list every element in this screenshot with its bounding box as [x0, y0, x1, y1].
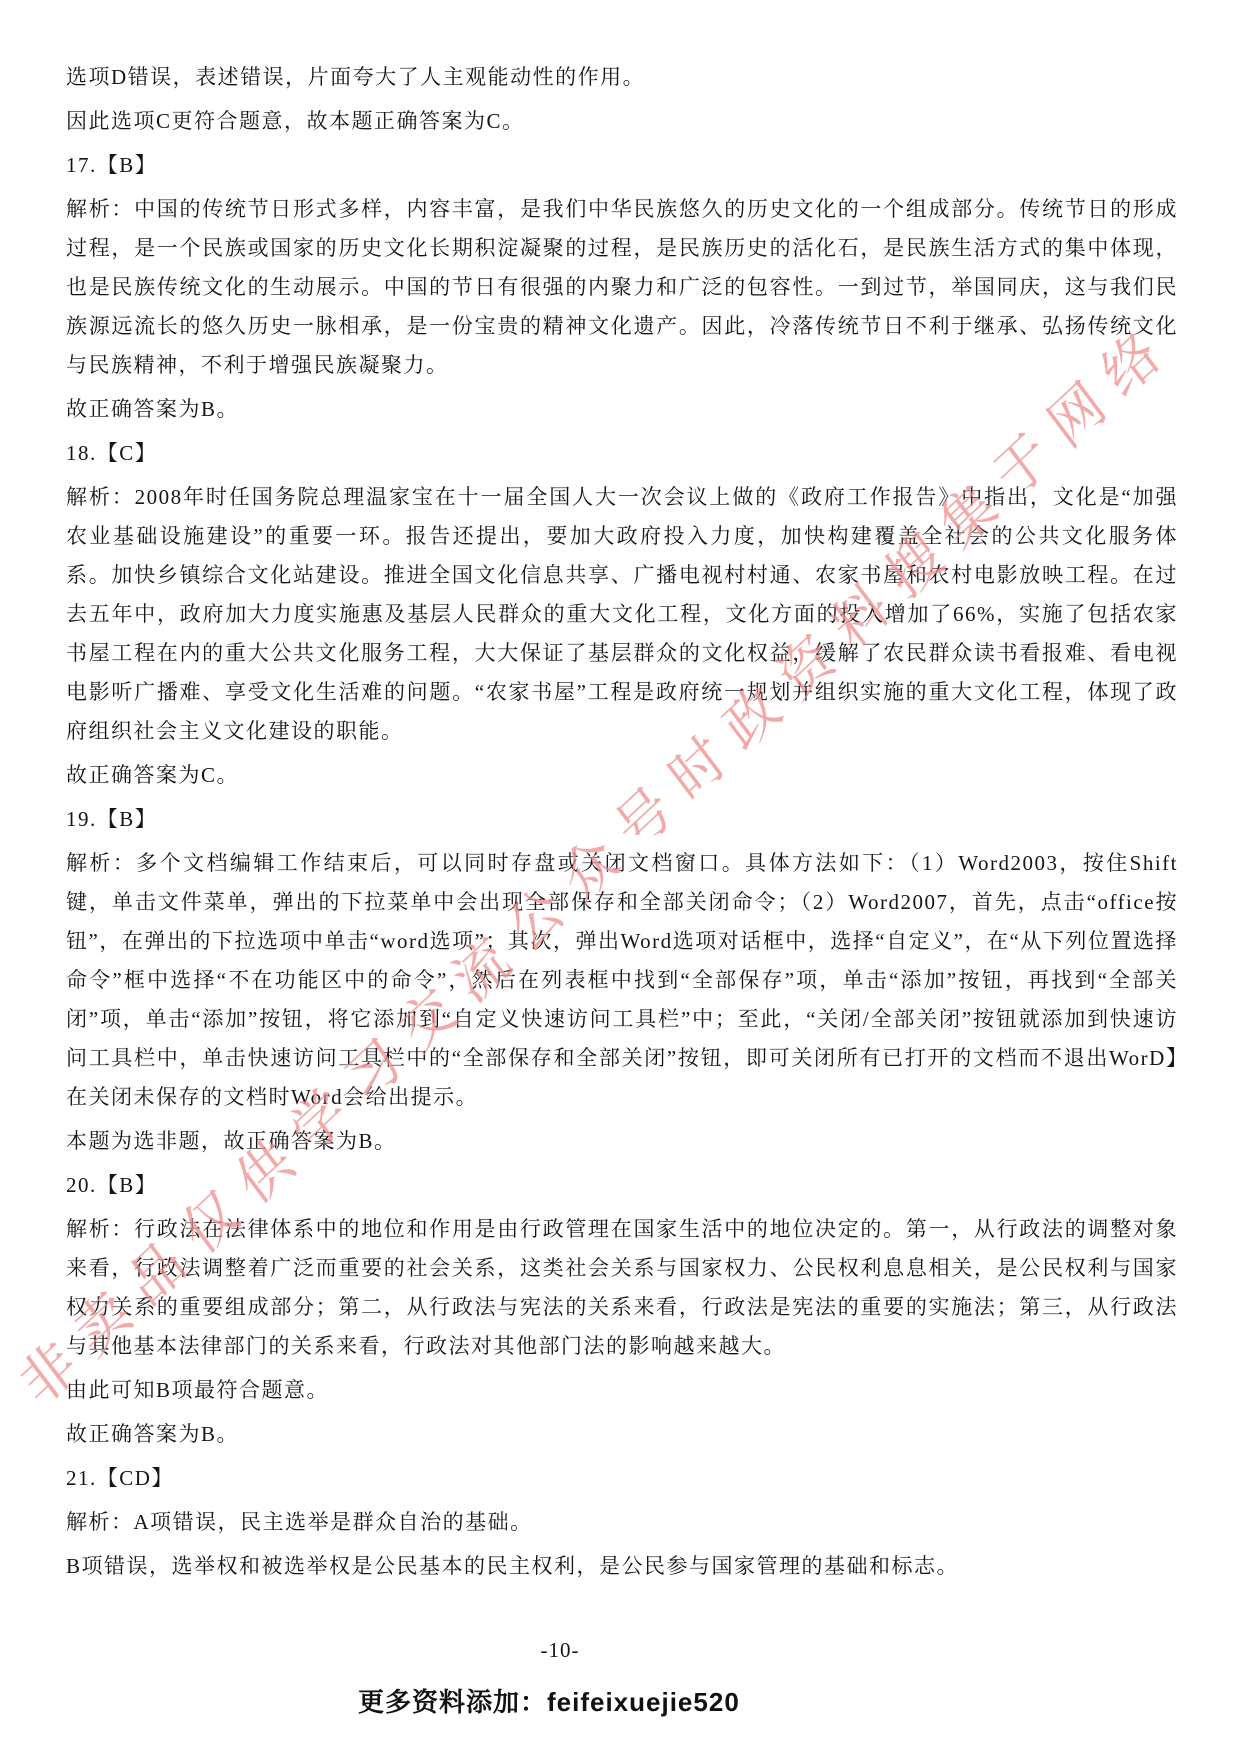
- q17-conclusion: 故正确答案为B。: [66, 390, 1178, 429]
- q21-explanation-a: 解析：A项错误，民主选举是群众自治的基础。: [66, 1503, 1178, 1542]
- q18-explanation: 解析：2008年时任国务院总理温家宝在十一届全国人大一次会议上做的《政府工作报告…: [66, 478, 1178, 751]
- document-page: 非卖品仅供学习交流公众号时政资料搜集于网络 选项D错误，表述错误，片面夸大了人主…: [0, 0, 1240, 1754]
- q20-conclusion: 故正确答案为B。: [66, 1415, 1178, 1454]
- q20-note: 由此可知B项最符合题意。: [66, 1371, 1178, 1410]
- q18-conclusion: 故正确答案为C。: [66, 756, 1178, 795]
- answer-explanations-body: 选项D错误，表述错误，片面夸大了人主观能动性的作用。 因此选项C更符合题意，故本…: [66, 58, 1178, 1591]
- q16-option-d-comment: 选项D错误，表述错误，片面夸大了人主观能动性的作用。: [66, 58, 1178, 97]
- q19-explanation: 解析：多个文档编辑工作结束后，可以同时存盘或关闭文档窗口。具体方法如下：（1）W…: [66, 844, 1178, 1117]
- q21-answer-heading: 21.【CD】: [66, 1459, 1178, 1498]
- q17-explanation: 解析：中国的传统节日形式多样，内容丰富，是我们中华民族悠久的历史文化的一个组成部…: [66, 190, 1178, 385]
- q19-conclusion: 本题为选非题，故正确答案为B。: [66, 1122, 1178, 1161]
- q19-answer-heading: 19.【B】: [66, 800, 1178, 839]
- q21-explanation-b: B项错误，选举权和被选举权是公民基本的民主权利，是公民参与国家管理的基础和标志。: [66, 1547, 1178, 1586]
- page-number: -10-: [500, 1638, 620, 1663]
- footer-promo: 更多资料添加：feifeixuejie520: [358, 1682, 740, 1719]
- q20-explanation: 解析：行政法在法律体系中的地位和作用是由行政管理在国家生活中的地位决定的。第一，…: [66, 1210, 1178, 1366]
- q16-conclusion: 因此选项C更符合题意，故本题正确答案为C。: [66, 102, 1178, 141]
- q20-answer-heading: 20.【B】: [66, 1166, 1178, 1205]
- q17-answer-heading: 17.【B】: [66, 146, 1178, 185]
- q18-answer-heading: 18.【C】: [66, 434, 1178, 473]
